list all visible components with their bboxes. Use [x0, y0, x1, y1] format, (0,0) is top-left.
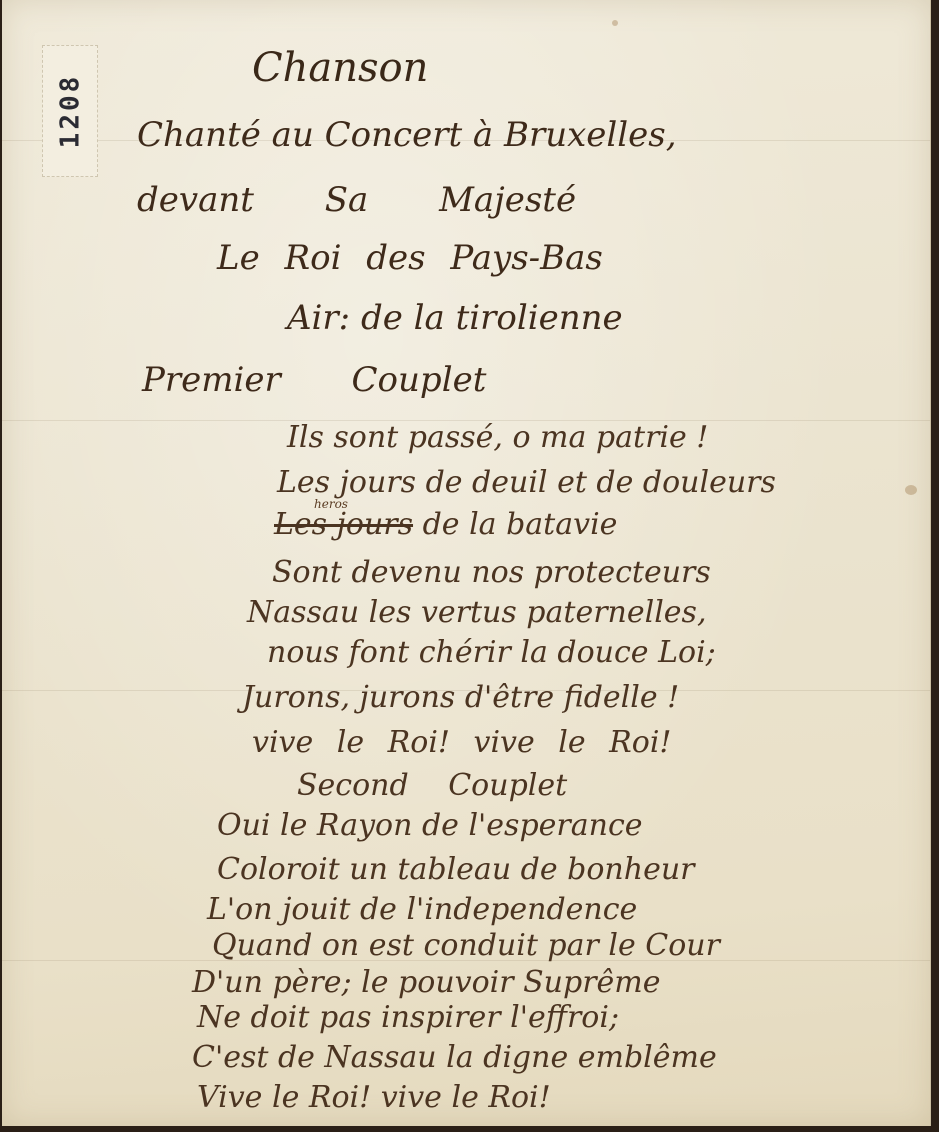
verse-line-corrected: Les jours de la batavie: [274, 507, 617, 542]
struck-text: Les jours: [274, 507, 413, 542]
subtitle-line: Le Roi des Pays-Bas: [217, 238, 603, 278]
verse-line: Les jours de deuil et de douleurs: [277, 465, 776, 500]
insertion-text: heros: [314, 497, 348, 511]
ink-stain: [612, 20, 618, 26]
verse-line: Nassau les vertus paternelles,: [247, 595, 707, 630]
subtitle-line: devant Sa Majesté: [137, 180, 576, 220]
verse-line: Quand on est conduit par le Cour: [212, 928, 720, 963]
manuscript-page: 1208 Chanson Chanté au Concert à Bruxell…: [2, 0, 931, 1126]
verse-line: L'on jouit de l'independence: [207, 892, 637, 927]
verse-line: C'est de Nassau la digne emblême: [192, 1040, 717, 1075]
verse-line: Oui le Rayon de l'esperance: [217, 808, 643, 843]
verse-line: Ils sont passé, o ma patrie !: [287, 420, 708, 455]
couplet-heading: Premier Couplet: [142, 360, 486, 400]
verse-line: Vive le Roi! vive le Roi!: [197, 1080, 551, 1115]
verse-line: nous font chérir la douce Loi;: [267, 635, 716, 670]
verse-line: Ne doit pas inspirer l'effroi;: [197, 1000, 619, 1035]
couplet-heading: Second Couplet: [297, 768, 567, 803]
subtitle-line: Chanté au Concert à Bruxelles,: [137, 115, 677, 155]
song-title: Chanson: [252, 45, 428, 91]
verse-line: Sont devenu nos protecteurs: [272, 555, 711, 590]
verse-line: Coloroit un tableau de bonheur: [217, 852, 695, 887]
verse-line: vive le Roi! vive le Roi!: [252, 725, 671, 760]
archive-number-label: 1208: [42, 45, 98, 177]
verse-line: Jurons, jurons d'être fidelle !: [242, 680, 679, 715]
subtitle-line: Air: de la tirolienne: [287, 298, 623, 338]
verse-line: D'un père; le pouvoir Suprême: [192, 965, 661, 1000]
ink-stain: [905, 485, 917, 495]
